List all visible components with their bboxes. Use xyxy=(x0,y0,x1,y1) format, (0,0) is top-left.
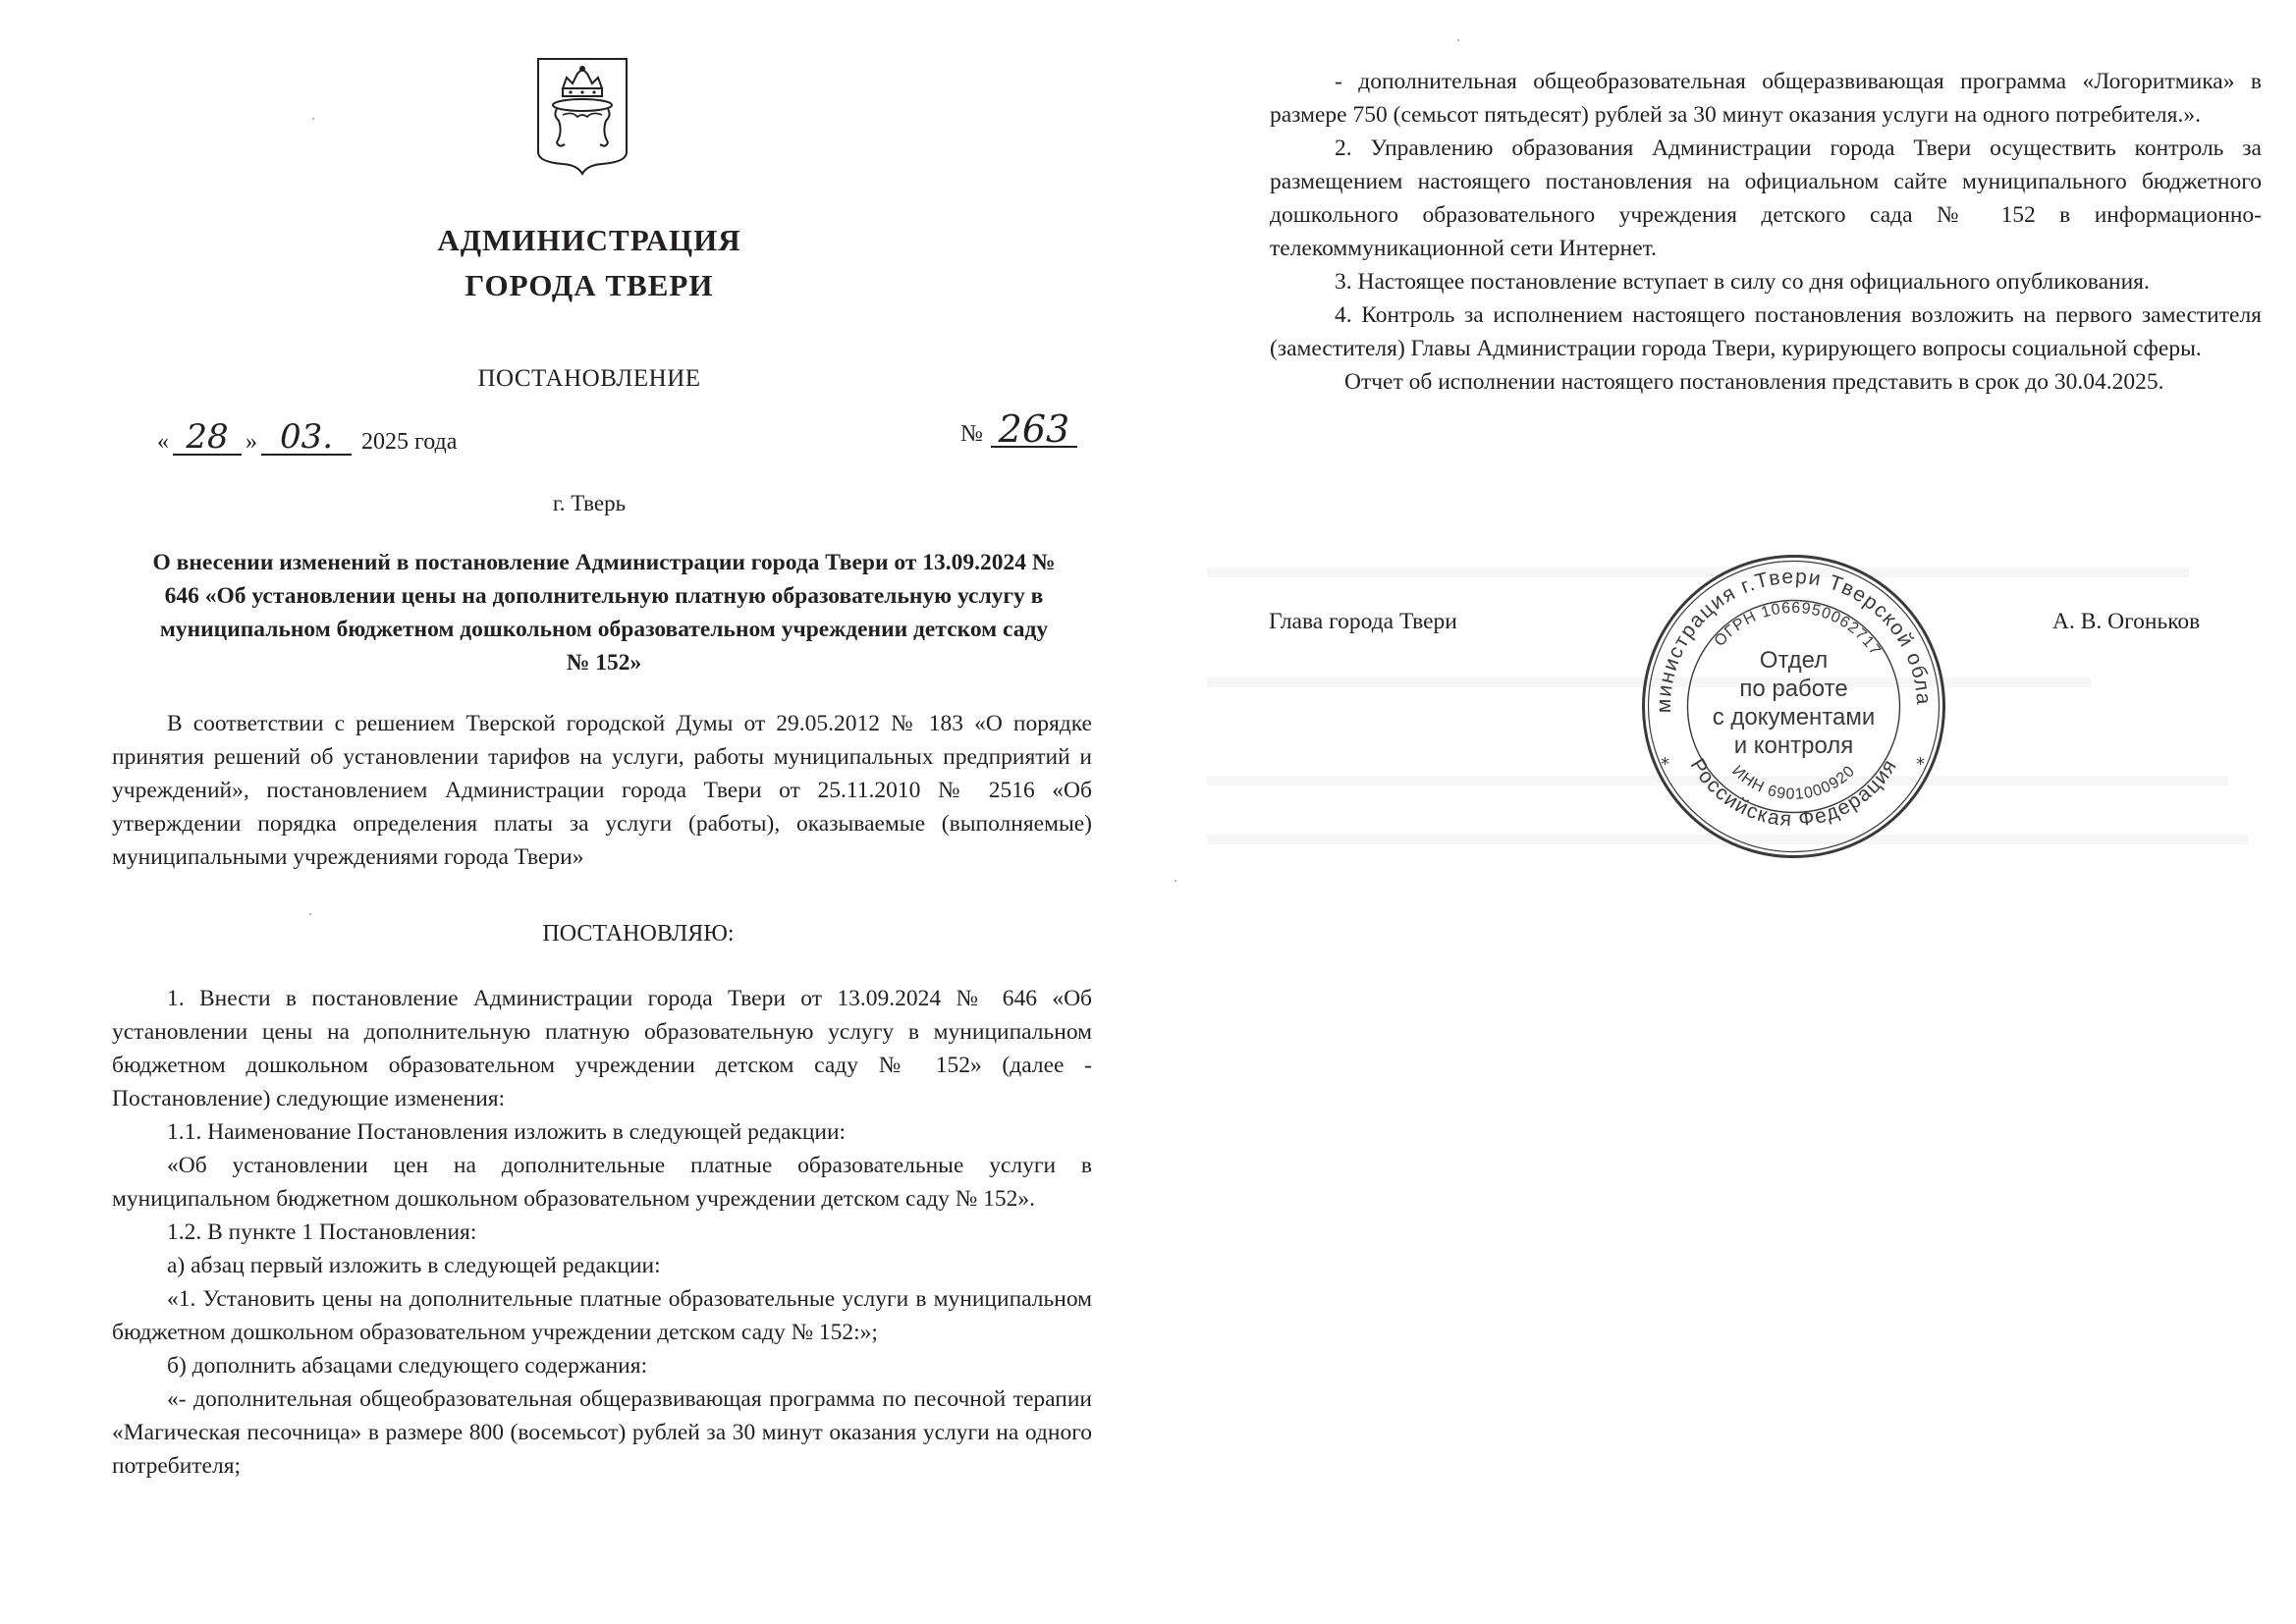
document-date: « 28 » 03. 2025 года xyxy=(157,420,457,456)
list-item: 2. Управлению образования Администрации … xyxy=(1270,132,2262,265)
preamble-text: В соответствии с решением Тверской город… xyxy=(112,707,1092,874)
decree-items-left: 1. Внести в постановление Администрации … xyxy=(112,982,1092,1483)
scan-speck xyxy=(1777,687,1779,689)
decree-heading: ПОСТАНОВЛЯЮ: xyxy=(324,921,953,947)
list-item: 3. Настоящее постановление вступает в си… xyxy=(1270,265,2262,298)
right-page: - дополнительная общеобразовательная общ… xyxy=(1148,0,2296,1624)
list-item: б) дополнить абзацами следующего содержа… xyxy=(112,1349,1092,1382)
list-item: «1. Установить цены на дополнительные пл… xyxy=(112,1282,1092,1349)
document-type: ПОСТАНОВЛЕНИЕ xyxy=(324,365,854,393)
list-item: «- дополнительная общеобразовательная об… xyxy=(112,1382,1092,1483)
stamp-line: и контроля xyxy=(1639,731,1948,760)
official-stamp: Администрация г.Твери Тверской области Р… xyxy=(1639,552,1948,861)
left-page: АДМИНИСТРАЦИЯ ГОРОДА ТВЕРИ ПОСТАНОВЛЕНИЕ… xyxy=(0,0,1148,1624)
date-open-quote: « xyxy=(157,429,169,456)
number-handwritten: 263 xyxy=(991,412,1077,448)
preamble: В соответствии с решением Тверской город… xyxy=(112,707,1092,874)
report-deadline: Отчет об исполнении настоящего постановл… xyxy=(1270,365,2262,399)
stamp-center-text: Отдел по работе с документами и контроля xyxy=(1639,646,1948,760)
signatory-name: А. В. Огоньков xyxy=(2052,609,2200,635)
document-number: № 263 xyxy=(960,412,1077,448)
coat-of-arms-icon xyxy=(533,54,631,177)
stamp-line: с документами xyxy=(1639,703,1948,731)
list-item: 4. Контроль за исполнением настоящего по… xyxy=(1270,298,2262,365)
org-title-line1: АДМИНИСТРАЦИЯ xyxy=(324,218,854,263)
decree-items-right: - дополнительная общеобразовательная общ… xyxy=(1270,65,2262,399)
list-item: 1. Внести в постановление Администрации … xyxy=(112,982,1092,1115)
date-close-quote: » xyxy=(246,429,257,456)
list-item: а) абзац первый изложить в следующей ред… xyxy=(112,1249,1092,1282)
stamp-line: по работе xyxy=(1639,675,1948,703)
stamp-line: Отдел xyxy=(1639,646,1948,675)
date-year: 2025 года xyxy=(361,429,457,456)
list-item: 1.2. В пункте 1 Постановления: xyxy=(112,1216,1092,1249)
svg-text:ИНН 6901000920: ИНН 6901000920 xyxy=(1728,763,1858,803)
scan-speck xyxy=(1175,880,1176,882)
scan-speck xyxy=(312,118,314,120)
scan-speck xyxy=(309,913,311,915)
stamp-inner-bottom: ИНН 6901000920 xyxy=(1728,763,1858,803)
list-item: 1.1. Наименование Постановления изложить… xyxy=(112,1115,1092,1149)
list-item: - дополнительная общеобразовательная общ… xyxy=(1270,65,2262,132)
document-subject: О внесении изменений в постановление Адм… xyxy=(147,546,1061,679)
date-month-handwritten: 03. xyxy=(261,420,352,456)
date-day-handwritten: 28 xyxy=(173,420,242,456)
scan-speck xyxy=(1457,39,1459,41)
list-item: «Об установлении цен на дополнительные п… xyxy=(112,1149,1092,1216)
number-label: № xyxy=(960,421,983,448)
org-title-line2: ГОРОДА ТВЕРИ xyxy=(324,263,854,308)
signatory-title: Глава города Твери xyxy=(1269,609,1457,635)
document-city: г. Тверь xyxy=(324,491,854,516)
